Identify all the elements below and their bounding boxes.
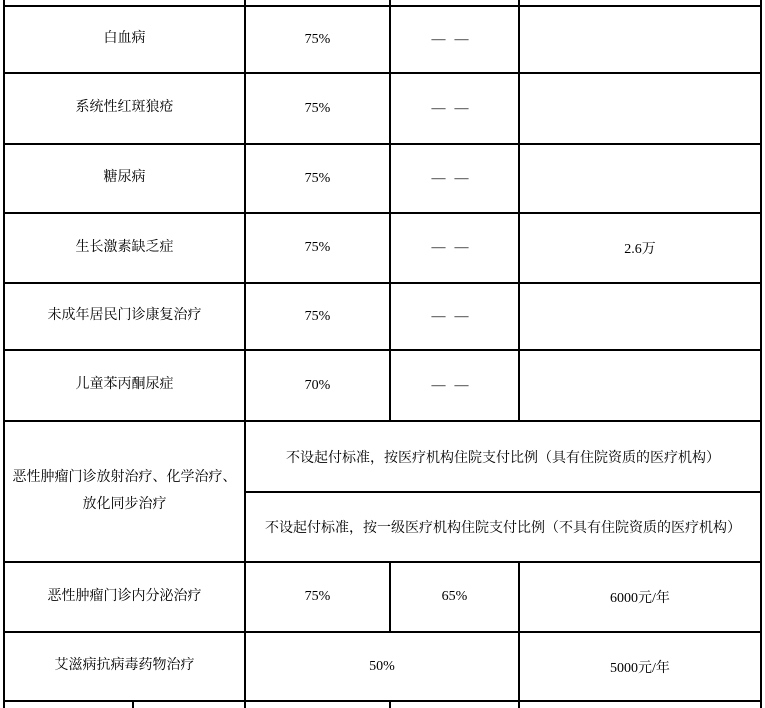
pay-ratio-cell: 75%	[245, 283, 390, 350]
pay-ratio-2-cell: ——	[390, 6, 519, 73]
annual-limit-cell: 2.6万	[519, 213, 761, 283]
table-row-aids: 艾滋病抗病毒药物治疗 50% 5000元/年	[4, 632, 761, 701]
table-row-leukemia: 白血病 75% ——	[4, 6, 761, 73]
annual-limit-cell	[519, 701, 761, 708]
disease-name-cell: 未成年居民门诊康复治疗	[4, 283, 245, 350]
annual-limit-cell: 6000元/年	[519, 562, 761, 632]
annual-limit-cell: 5000元/年	[519, 632, 761, 701]
pay-ratio-2-cell: ——	[390, 144, 519, 213]
table-row-cancer-endocrine: 恶性肿瘤门诊内分泌治疗 75% 65% 6000元/年	[4, 562, 761, 632]
annual-limit-cell	[519, 6, 761, 73]
pay-ratio-2-cell: ——	[390, 213, 519, 283]
disease-name-cell: 恶性肿瘤门诊内分泌治疗	[4, 562, 245, 632]
annual-limit-cell	[519, 144, 761, 213]
pay-ratio-cell: 75%	[245, 562, 390, 632]
document-page: 白血病 75% —— 系统性红斑狼疮 75% —— 糖尿病 75% —— 生长激…	[0, 0, 765, 708]
table-row-growth-hormone: 生长激素缺乏症 75% —— 2.6万	[4, 213, 761, 283]
table-row-lupus: 系统性红斑狼疮 75% ——	[4, 73, 761, 144]
annual-limit-cell	[519, 283, 761, 350]
pay-ratio-2-cell: ——	[390, 73, 519, 144]
disease-name-cell: 儿童苯丙酮尿症	[4, 350, 245, 421]
table-row-pku: 儿童苯丙酮尿症 70% ——	[4, 350, 761, 421]
pay-ratio-cell: 75%	[245, 73, 390, 144]
table-row-diabetes: 糖尿病 75% ——	[4, 144, 761, 213]
disease-name-cell	[133, 701, 245, 708]
disease-name-cell: 糖尿病	[4, 144, 245, 213]
policy-text-cell: 不设起付标准，按一级医疗机构住院支付比例（不具有住院资质的医疗机构）	[245, 492, 761, 562]
category-cell	[4, 701, 133, 708]
pay-ratio-cell: 50%	[245, 632, 519, 701]
pay-ratio-cell	[245, 701, 390, 708]
pay-ratio-cell: 75%	[245, 6, 390, 73]
disease-name-cell: 恶性肿瘤门诊放射治疗、化学治疗、放化同步治疗	[4, 421, 245, 562]
table-row-minor-rehab: 未成年居民门诊康复治疗 75% ——	[4, 283, 761, 350]
table-row-bottom-sliver	[4, 701, 761, 708]
pay-ratio-2-cell: 65%	[390, 562, 519, 632]
policy-text-cell: 不设起付标准，按医疗机构住院支付比例（具有住院资质的医疗机构）	[245, 421, 761, 492]
disease-name-cell: 系统性红斑狼疮	[4, 73, 245, 144]
pay-ratio-2-cell	[390, 701, 519, 708]
pay-ratio-cell: 75%	[245, 144, 390, 213]
disease-name-cell: 白血病	[4, 6, 245, 73]
outpatient-benefits-table: 白血病 75% —— 系统性红斑狼疮 75% —— 糖尿病 75% —— 生长激…	[3, 0, 762, 708]
pay-ratio-2-cell: ——	[390, 350, 519, 421]
pay-ratio-2-cell: ——	[390, 283, 519, 350]
disease-name-cell: 生长激素缺乏症	[4, 213, 245, 283]
pay-ratio-cell: 70%	[245, 350, 390, 421]
annual-limit-cell	[519, 350, 761, 421]
pay-ratio-cell: 75%	[245, 213, 390, 283]
table-row-cancer-radiation-a: 恶性肿瘤门诊放射治疗、化学治疗、放化同步治疗 不设起付标准，按医疗机构住院支付比…	[4, 421, 761, 492]
annual-limit-cell	[519, 73, 761, 144]
disease-name-cell: 艾滋病抗病毒药物治疗	[4, 632, 245, 701]
